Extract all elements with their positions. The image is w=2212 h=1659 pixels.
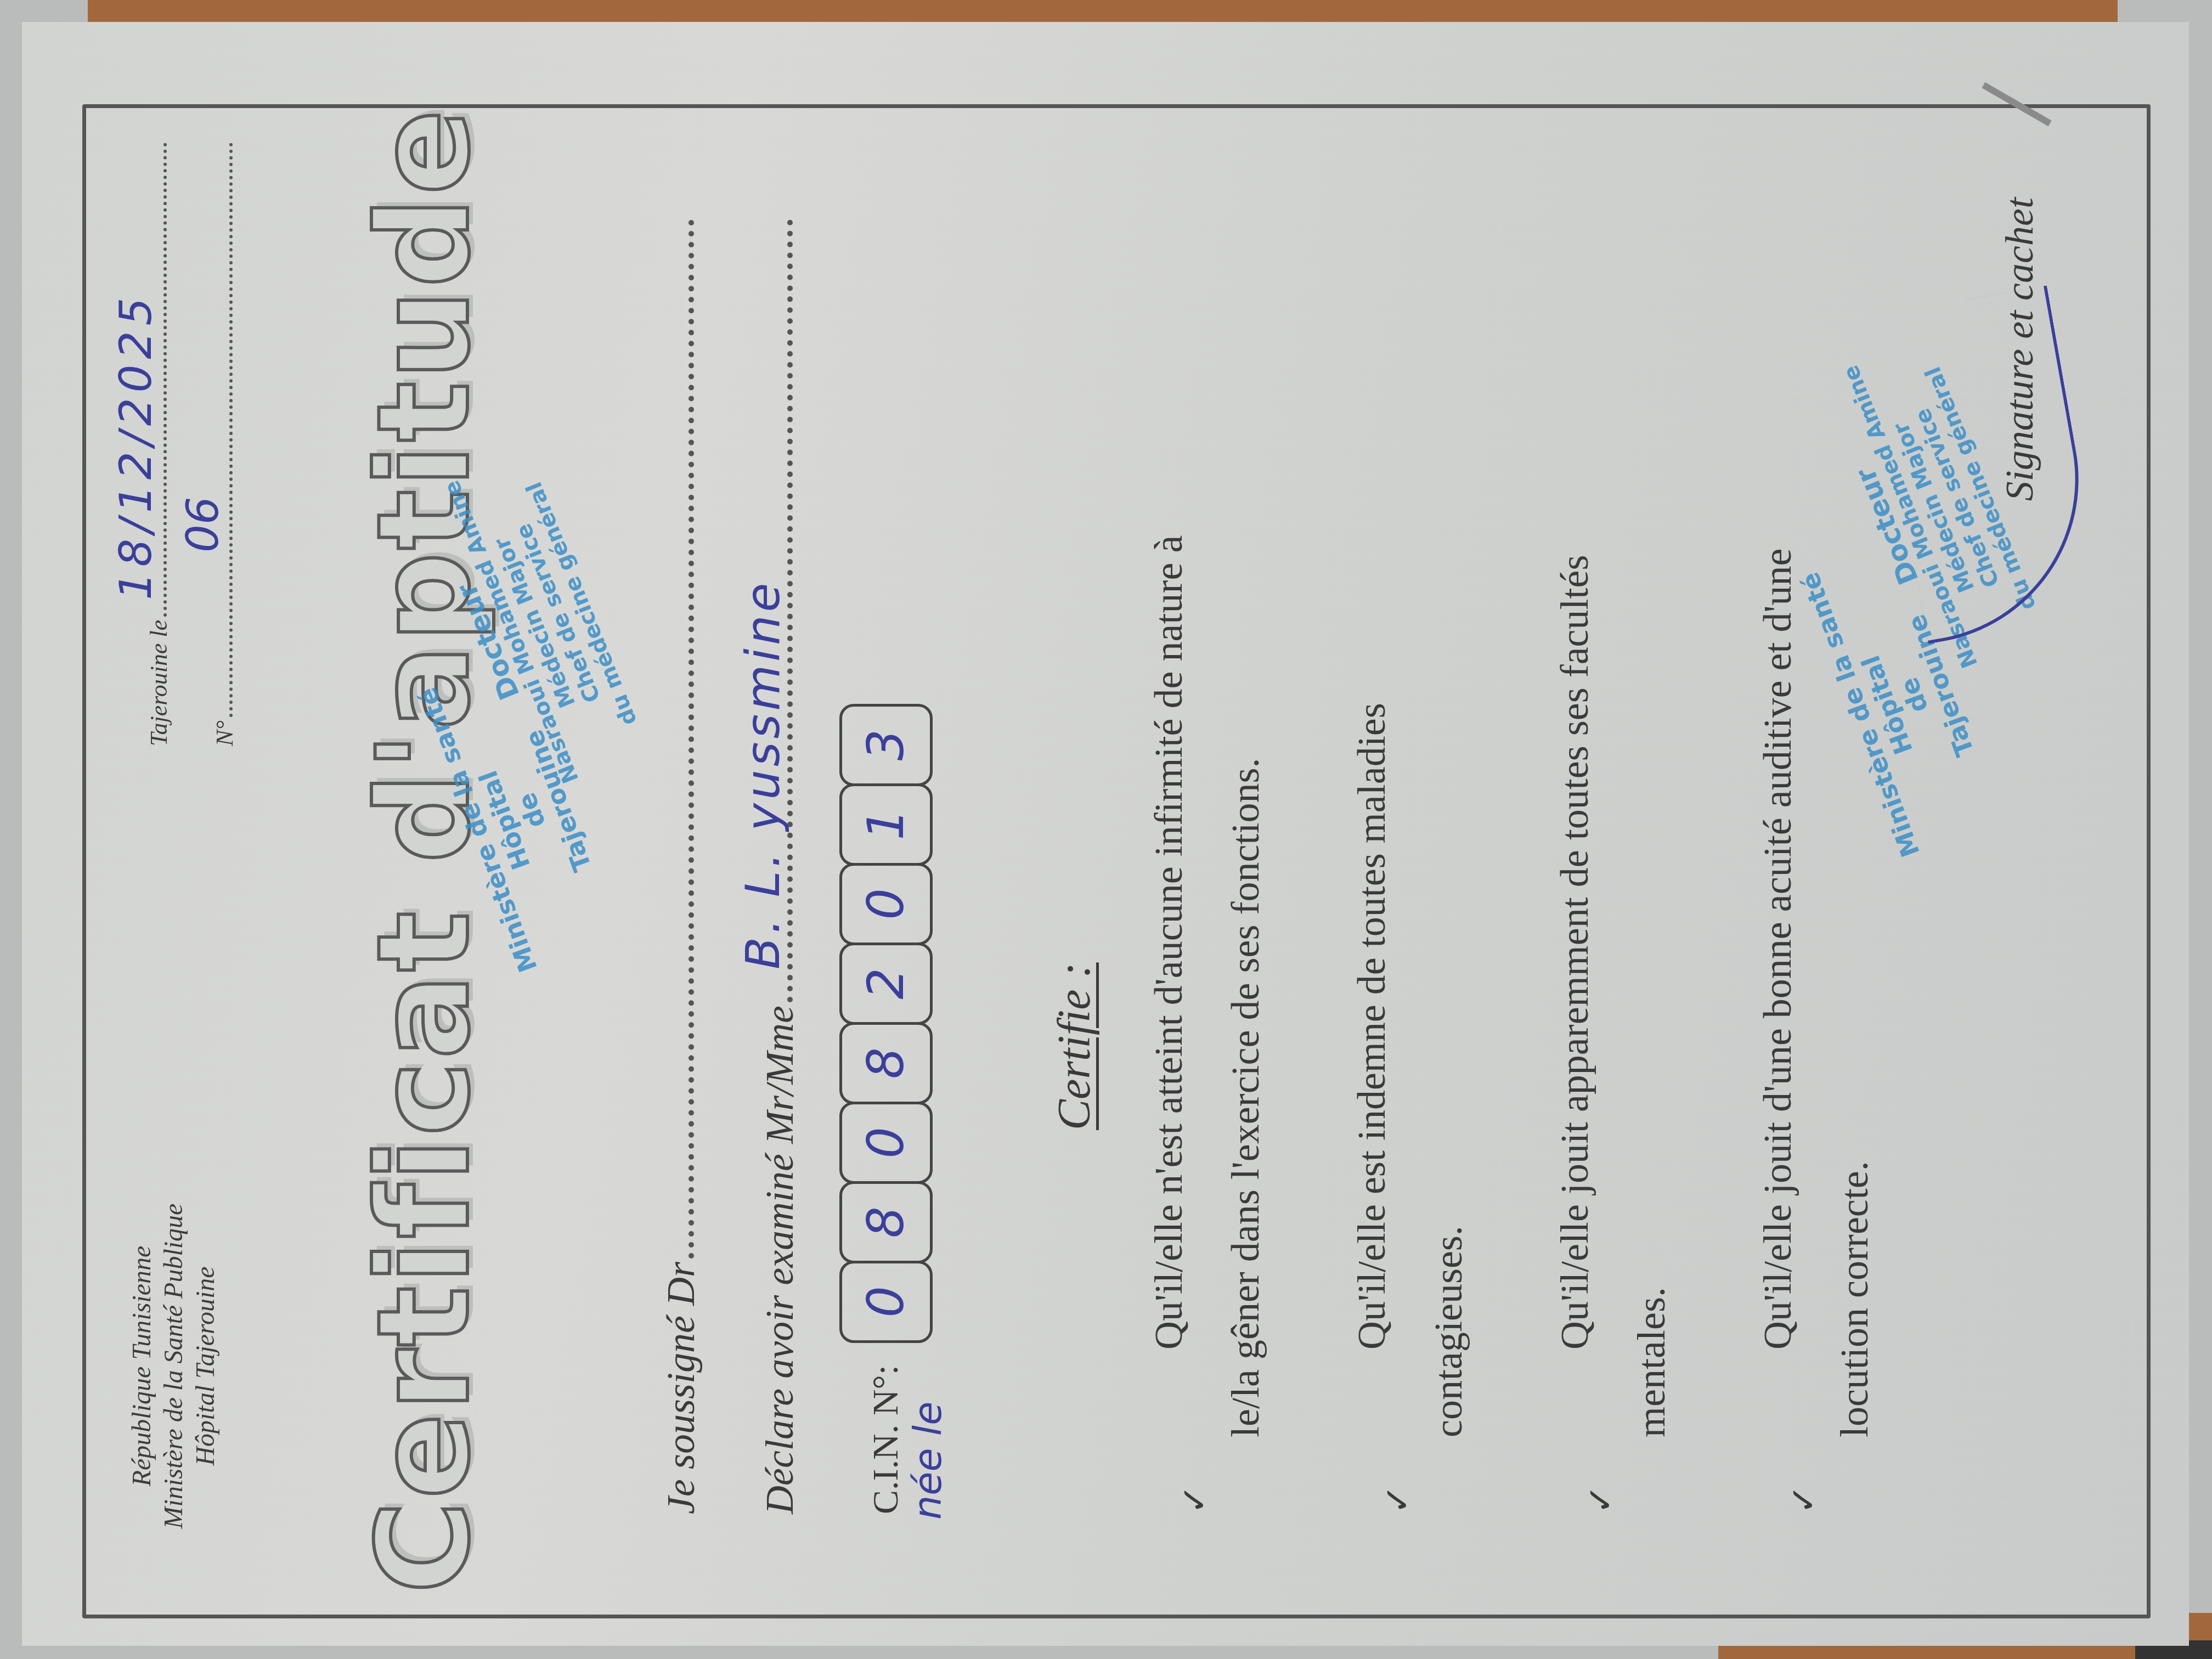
- list-item: ✓ Qu'il/elle est indemne de toutes malad…: [1333, 198, 1487, 1514]
- hospital-name: Hôpital Tajerouine: [190, 1174, 222, 1558]
- checkmark-icon: ✓: [1765, 1485, 1842, 1514]
- item-text: Qu'il/elle jouit apparemment de toutes s…: [1536, 198, 1613, 1514]
- number-value: 06: [170, 496, 236, 552]
- date-value: 18/12/2025: [103, 292, 169, 600]
- cin-digit-box[interactable]: 8: [839, 1181, 933, 1263]
- certifie-heading: Certifie :: [1048, 962, 1101, 1130]
- number-row: N° 06: [192, 143, 258, 746]
- list-item: ✓ Qu'il/elle n'est atteint d'aucune infi…: [1130, 198, 1284, 1514]
- date-row: Tajerouine le 18/12/2025: [126, 143, 192, 746]
- item-text: Qu'il/elle jouit d'une bonne acuité audi…: [1739, 198, 1816, 1514]
- undersigned-label: Je soussigné Dr: [658, 1262, 704, 1514]
- item-text-continued: mentales.: [1613, 198, 1690, 1514]
- patient-name-field[interactable]: B. L. yussmine: [787, 219, 793, 1002]
- number-label: N°: [192, 720, 258, 746]
- cin-label: C.I.N. N°:: [865, 1365, 907, 1514]
- number-field[interactable]: 06: [229, 143, 233, 717]
- date-number-block: Tajerouine le 18/12/2025 N° 06: [126, 143, 258, 746]
- checkmark-icon: ✓: [1156, 1485, 1233, 1514]
- cin-digit-box[interactable]: 8: [839, 1022, 933, 1104]
- cin-digit-box[interactable]: 2: [839, 943, 933, 1025]
- item-text-continued: contagieuses.: [1410, 198, 1487, 1514]
- paper-sheet: République Tunisienne Ministère de la Sa…: [22, 22, 2189, 1646]
- checkmark-icon: ✓: [1359, 1485, 1436, 1514]
- list-item: ✓ Qu'il/elle jouit apparemment de toutes…: [1536, 198, 1690, 1514]
- cin-digit-box[interactable]: 0: [839, 863, 933, 945]
- date-field[interactable]: 18/12/2025: [163, 143, 167, 617]
- patient-name: B. L. yussmine: [736, 580, 791, 969]
- country-name: République Tunisienne: [126, 1174, 158, 1558]
- cin-boxes: 0 8 0 8 2 0 1 3: [839, 707, 933, 1343]
- place-date-label: Tajerouine le: [126, 620, 192, 746]
- cin-digit-box[interactable]: 3: [839, 704, 933, 786]
- patient-line: Déclare avoir examiné Mr/Mme B. L. yussm…: [757, 219, 803, 1514]
- issuer-header: République Tunisienne Ministère de la Sa…: [126, 1174, 222, 1558]
- checkmark-icon: ✓: [1562, 1485, 1639, 1514]
- doctor-name-field[interactable]: [689, 219, 694, 1259]
- cin-digit-box[interactable]: 1: [839, 783, 933, 866]
- doctor-line: Je soussigné Dr: [658, 219, 704, 1514]
- cin-digit-box[interactable]: 0: [839, 1261, 933, 1343]
- born-annotation: née le: [905, 1402, 950, 1520]
- declares-label: Déclare avoir examiné Mr/Mme: [757, 1006, 803, 1514]
- cin-digit-box[interactable]: 0: [839, 1102, 933, 1184]
- item-text: Qu'il/elle est indemne de toutes maladie…: [1333, 198, 1410, 1514]
- item-text: Qu'il/elle n'est atteint d'aucune infirm…: [1130, 198, 1207, 1514]
- ministry-name: Ministère de la Santé Publique: [158, 1174, 190, 1558]
- cin-row: C.I.N. N°: 0 8 0 8 2 0 1 3: [839, 707, 933, 1514]
- certificate-page: République Tunisienne Ministère de la Sa…: [44, 55, 2172, 1646]
- item-text-continued: le/la gêner dans l'exercice de ses fonct…: [1207, 198, 1284, 1514]
